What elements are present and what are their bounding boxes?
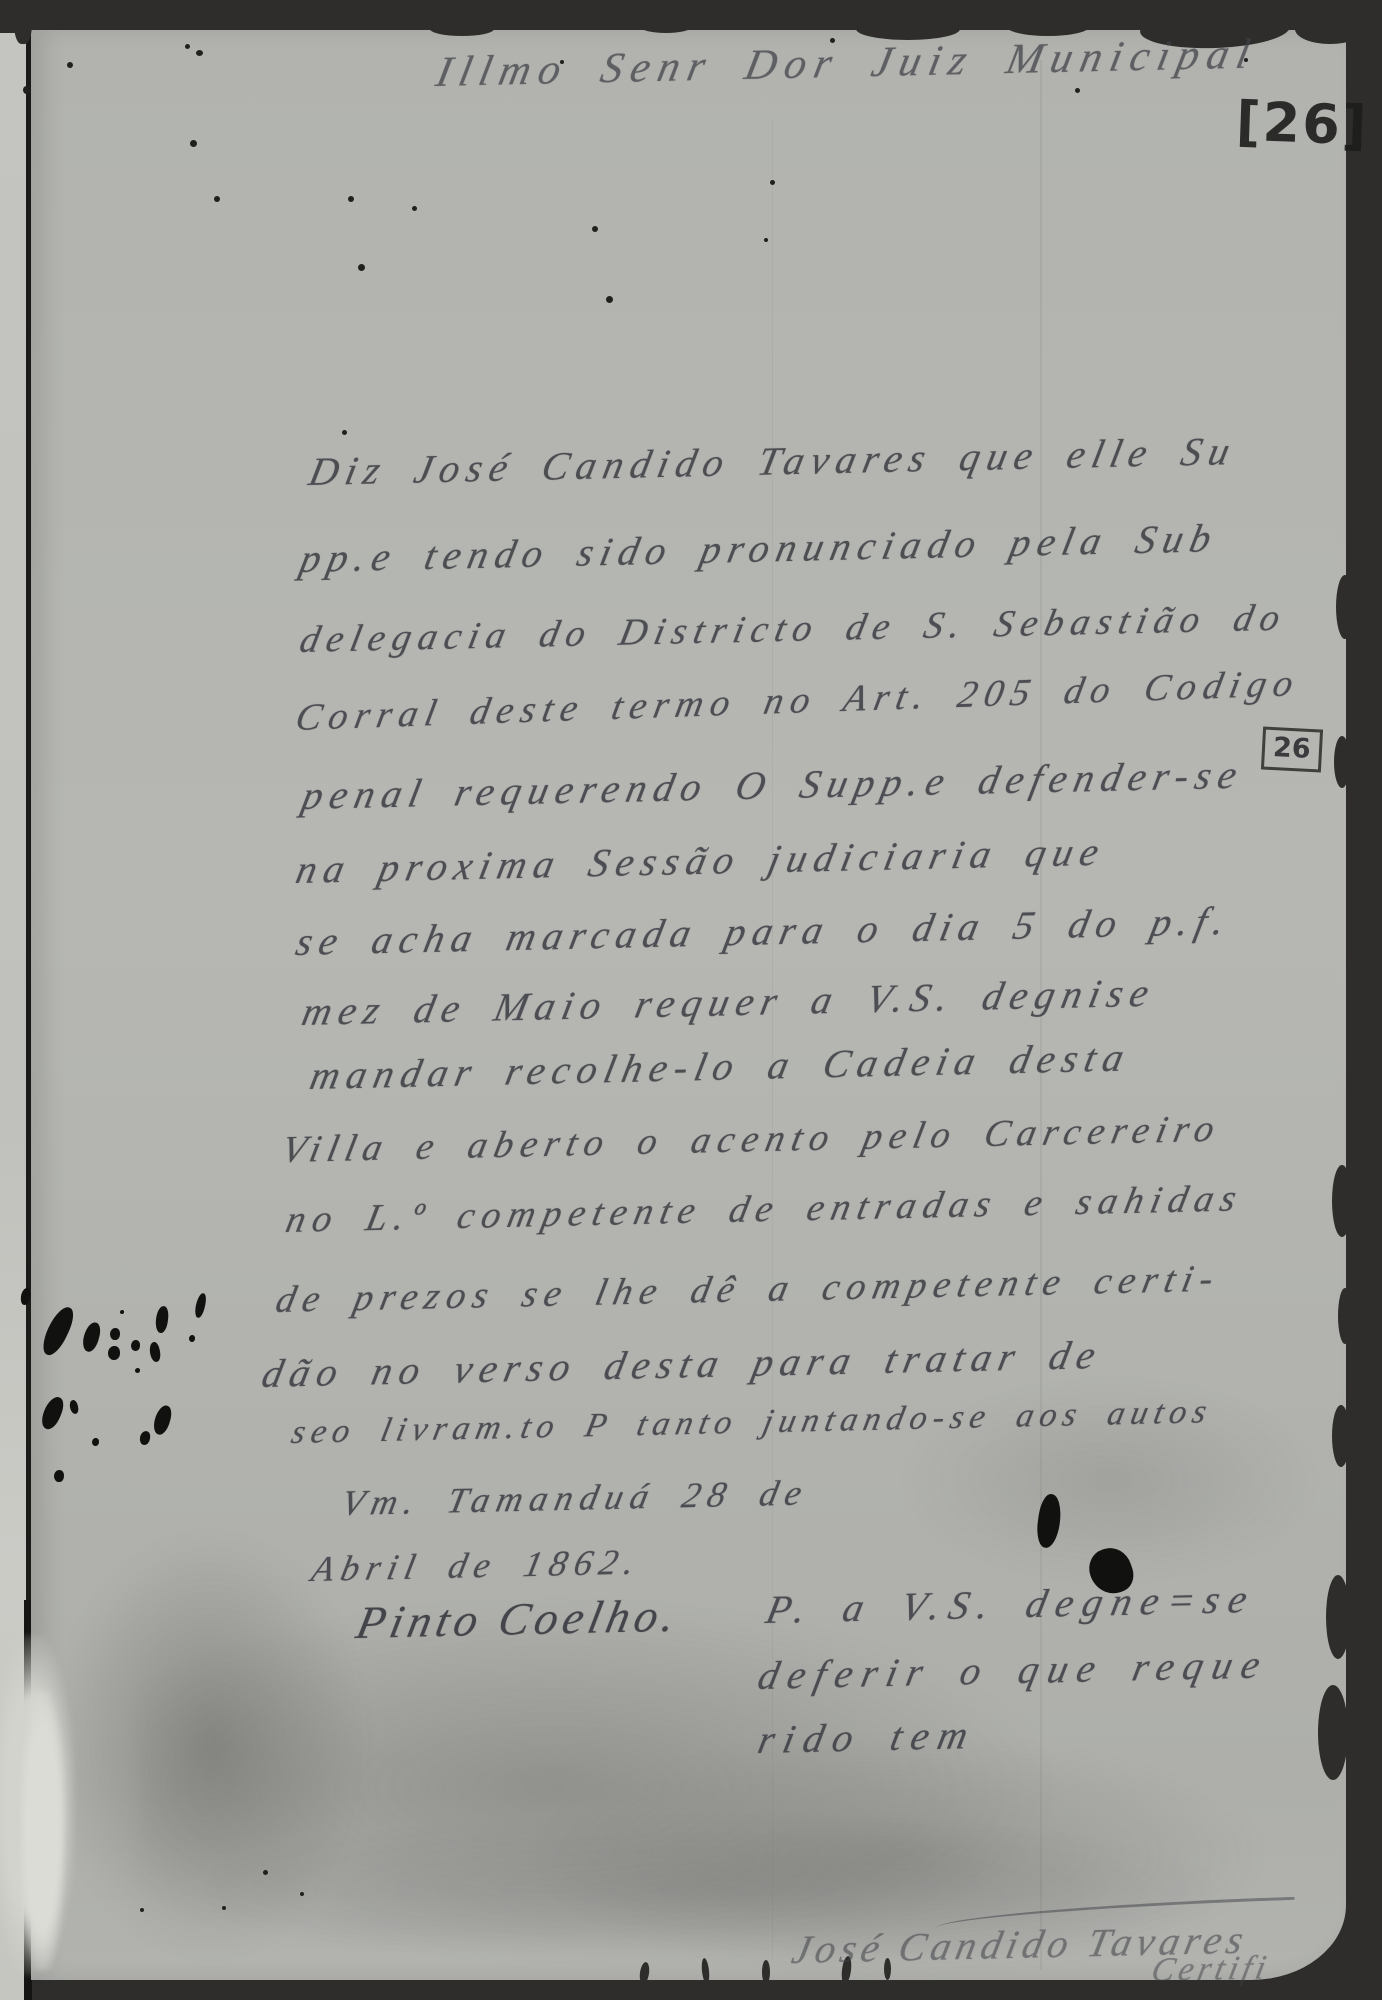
ink-spatter (108, 1346, 120, 1360)
edge-tear (1326, 1575, 1350, 1659)
speckle (342, 430, 347, 435)
speckle (214, 196, 220, 202)
speckle (190, 140, 197, 147)
edge-tear (762, 1960, 770, 1984)
speckle (140, 1908, 144, 1912)
adjacent-page-edge (0, 33, 26, 2000)
speckle (300, 1892, 304, 1896)
speckle (23, 86, 30, 94)
speckle (770, 180, 775, 185)
edge-tear (430, 22, 494, 36)
edge-tear (1332, 1405, 1350, 1467)
speckle (1075, 88, 1080, 93)
folio-stamp: 26 (1261, 726, 1323, 772)
edge-tear (1336, 575, 1354, 639)
speckle (185, 44, 190, 49)
edge-tear (640, 20, 692, 33)
scanned-manuscript-page: [26] 26 Illmo Senr Dor Juiz Municipal Di… (0, 0, 1382, 2000)
ink-spatter (189, 1335, 195, 1342)
speckle (358, 264, 365, 271)
closing-line: rido tem (754, 1711, 981, 1763)
speckle (592, 226, 598, 232)
ink-spatter (110, 1328, 120, 1340)
edge-tear (1338, 1288, 1352, 1344)
ink-spatter (92, 1438, 99, 1446)
ink-spatter (54, 1470, 64, 1482)
speckle (764, 238, 768, 242)
speckle (348, 196, 354, 202)
speckle (222, 1906, 226, 1910)
folio-number: [26] (1235, 90, 1370, 158)
ink-spatter (135, 1368, 140, 1373)
edge-tear (1318, 1685, 1348, 1780)
ink-spatter (131, 1340, 140, 1351)
edge-tear (1332, 1165, 1352, 1237)
speckle (263, 1870, 268, 1875)
ink-spatter (120, 1310, 124, 1314)
signature: Pinto Coelho. (352, 1589, 685, 1649)
bottom-partial-note: Certifi (1148, 1949, 1273, 1990)
speckle (67, 62, 73, 68)
speckle (196, 50, 203, 56)
place-date-line: Abril de 1862. (308, 1541, 645, 1590)
edge-tear (1334, 736, 1350, 788)
speckle (412, 206, 417, 211)
speckle (606, 296, 613, 303)
edge-tear (1295, 14, 1365, 44)
edge-tear (14, 0, 32, 44)
